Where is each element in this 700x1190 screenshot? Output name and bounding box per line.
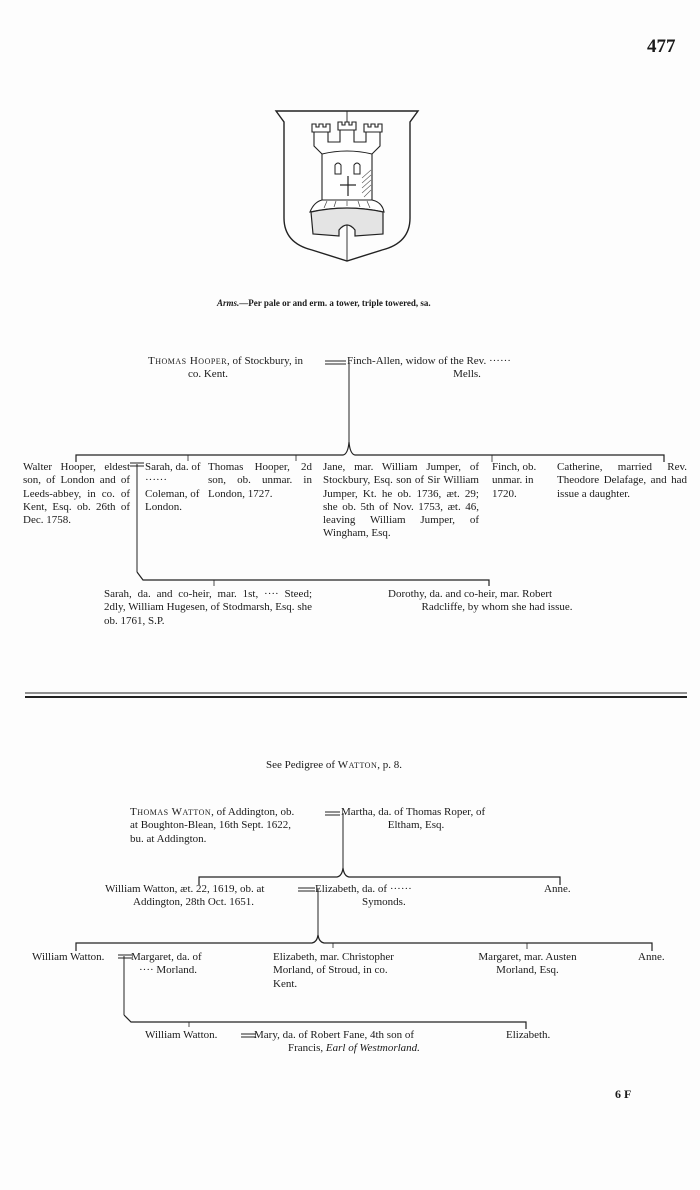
watton-gen3-husband: William Watton. (32, 951, 104, 964)
watton-gen4-sibling-elizabeth: Elizabeth. (506, 1029, 550, 1042)
watton-gen2-wife: Elizabeth, da. of ······ Symonds. (315, 883, 465, 910)
hooper-head-husband: Thomas Hooper, of Stockbury, in co. Kent… (148, 355, 325, 382)
watton-gen3-sibling-anne: Anne. (638, 951, 665, 964)
watton-gen2-husband: William Watton, æt. 22, 1619, ob. at Add… (105, 883, 300, 910)
husband-name: Thomas Hooper (148, 355, 227, 367)
see-pedigree-note: See Pedigree of Watton, p. 8. (266, 759, 402, 772)
watton-gen3-sibling-margaret: Margaret, mar. Austen Morland, Esq. (465, 951, 590, 978)
grandchild-dorothy: Dorothy, da. and co-heir, mar. Robert Ra… (388, 588, 598, 615)
watton-gen2-sibling-anne: Anne. (544, 883, 571, 896)
child-sarah-wife: Sarah, da. of ······ Coleman, of London. (145, 461, 201, 514)
printer-signature: 6 F (615, 1087, 631, 1102)
watton-gen4-husband: William Watton. (145, 1029, 217, 1042)
watton-gen1-husband: Thomas Watton, of Addington, ob. at Boug… (130, 806, 328, 846)
child-thomas-hooper: Thomas Hooper, 2d son, ob. unmar. in Lon… (208, 461, 312, 501)
watton-gen3-sibling-elizabeth: Elizabeth, mar. Christopher Morland, of … (273, 951, 423, 991)
watton-gen4-wife: Mary, da. of Robert Fane, 4th son of Fra… (254, 1029, 454, 1056)
hooper-head-wife: Finch-Allen, widow of the Rev. ······ Me… (347, 355, 567, 382)
child-finch: Finch, ob. unmar. in 1720. (492, 461, 548, 501)
watton-gen1-wife: Martha, da. of Thomas Roper, of Eltham, … (341, 806, 541, 833)
child-jane: Jane, mar. William Jumper, of Stockbury,… (323, 461, 479, 541)
grandchild-sarah: Sarah, da. and co-heir, mar. 1st, ···· S… (104, 588, 312, 628)
watton-gen3-wife: Margaret, da. of ···· Morland. (131, 951, 251, 978)
child-catherine: Catherine, married Rev. Theodore Delafag… (557, 461, 687, 501)
child-walter-hooper: Walter Hooper, eldest son, of London and… (23, 461, 130, 527)
